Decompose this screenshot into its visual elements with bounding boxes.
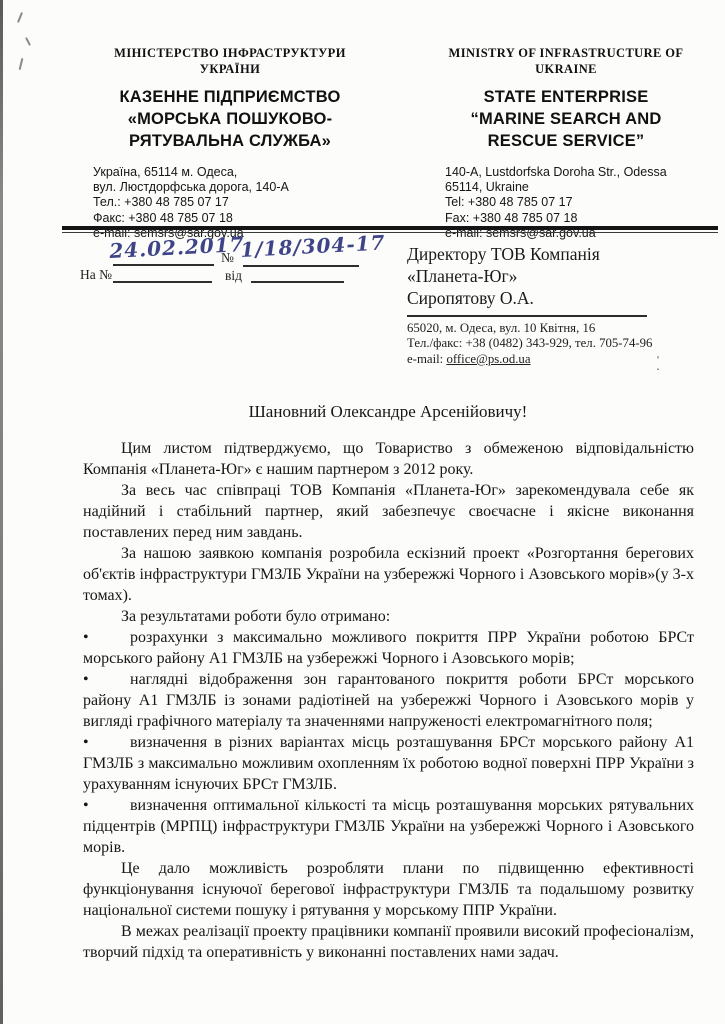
date-blank-line — [113, 264, 214, 266]
salutation: Шановний Олександре Арсенійовичу! — [83, 402, 693, 422]
body-paragraph-4: За результатами роботи було отримано: — [83, 606, 694, 627]
address-line: 140-A, Lustdorfska Doroha Str., Odessa — [445, 165, 712, 180]
enterprise-line: “MARINE SEARCH AND — [420, 108, 712, 130]
recipient-address-line: 65020, м. Одеса, вул. 10 Квітня, 16 — [407, 321, 669, 336]
recipient-block: Директору ТОВ Компанія «Планета-Юг» Сиро… — [407, 243, 669, 367]
body-paragraph-5: Це дало можливість розробляти плани по п… — [83, 858, 694, 921]
address-line: 65114, Ukraine — [445, 180, 712, 195]
bullet-text: визначення в різних варіантах місць розт… — [83, 734, 694, 793]
address-line: Україна, 65114 м. Одеса, — [93, 165, 394, 180]
letterhead-divider-rule — [62, 226, 718, 233]
recipient-address: 65020, м. Одеса, вул. 10 Квітня, 16 Тел.… — [407, 321, 669, 367]
fax-line: Fax: +380 48 785 07 18 — [445, 211, 712, 226]
bullet-item-3: •визначення в різних варіантах місць роз… — [83, 732, 694, 795]
letterhead-english: MINISTRY OF INFRASTRUCTURE OF UKRAINE ST… — [420, 46, 712, 241]
number-sign-label: № — [221, 250, 234, 266]
ministry-name-uk: МІНІСТЕРСТВО ІНФРАСТРУКТУРИ УКРАЇНИ — [66, 46, 394, 77]
bullet-item-4: •визначення оптимальної кількості та міс… — [83, 795, 694, 858]
from-date-blank-line — [251, 281, 344, 283]
recipient-title: Директору ТОВ Компанія — [407, 243, 669, 265]
enterprise-line: «МОРСЬКА ПОШУКОВО- — [66, 108, 394, 130]
bullet-item-1: •розрахунки з максимально можливого покр… — [83, 627, 694, 669]
phone-line: Тел.: +380 48 785 07 17 — [93, 195, 394, 210]
bullet-text: визначення оптимальної кількості та місц… — [83, 797, 694, 856]
recipient-company: «Планета-Юг» — [407, 265, 669, 287]
ministry-line: УКРАЇНИ — [66, 62, 394, 78]
scan-scratch — [19, 58, 24, 70]
scanned-letter-page: '. МІНІСТЕРСТВО ІНФРАСТРУКТУРИ УКРАЇНИ К… — [0, 0, 725, 1024]
enterprise-name-en: STATE ENTERPRISE “MARINE SEARCH AND RESC… — [420, 86, 712, 152]
body-paragraph-1: Цим листом підтверджуємо, що Товариство … — [83, 438, 694, 480]
scan-scratch — [25, 37, 31, 46]
letter-body: Цим листом підтверджуємо, що Товариство … — [83, 438, 694, 963]
bullet-marker: • — [83, 627, 130, 648]
body-paragraph-3: За нашою заявкою компанія розробила ескі… — [83, 543, 694, 606]
ministry-line: UKRAINE — [420, 62, 712, 78]
recipient-email-line: e-mail: office@ps.od.ua — [407, 352, 669, 367]
incoming-number-blank-line — [113, 281, 212, 283]
ministry-line: MINISTRY OF INFRASTRUCTURE OF — [420, 46, 712, 62]
scan-scratch — [17, 12, 23, 23]
recipient-person: Сиропятову О.А. — [407, 287, 669, 309]
enterprise-line: РЯТУВАЛЬНА СЛУЖБА» — [66, 130, 394, 152]
bullet-text: наглядні відображення зон гарантованого … — [83, 671, 694, 730]
enterprise-line: КАЗЕННЕ ПІДПРИЄМСТВО — [66, 86, 394, 108]
email-prefix: e-mail: — [407, 352, 446, 366]
scan-edge-artifact — [0, 0, 3, 1024]
reference-block: 24.02.2017 № 1/18/304-17 На № від — [80, 238, 380, 292]
body-paragraph-2: За весь час співпраці ТОВ Компанія «План… — [83, 480, 694, 543]
ministry-line: МІНІСТЕРСТВО ІНФРАСТРУКТУРИ — [66, 46, 394, 62]
bullet-marker: • — [83, 795, 130, 816]
phone-line: Tel: +380 48 785 07 17 — [445, 195, 712, 210]
bullet-text: розрахунки з максимально можливого покри… — [83, 629, 694, 667]
recipient-divider-rule — [407, 315, 647, 317]
incoming-number-label: На № — [80, 267, 112, 283]
enterprise-line: STATE ENTERPRISE — [420, 86, 712, 108]
enterprise-name-uk: КАЗЕННЕ ПІДПРИЄМСТВО «МОРСЬКА ПОШУКОВО- … — [66, 86, 394, 152]
ministry-name-en: MINISTRY OF INFRASTRUCTURE OF UKRAINE — [420, 46, 712, 77]
recipient-email-link: office@ps.od.ua — [446, 352, 530, 366]
bullet-marker: • — [83, 669, 130, 690]
bullet-item-2: •наглядні відображення зон гарантованого… — [83, 669, 694, 732]
recipient-phone-line: Тел./факс: +38 (0482) 343-929, тел. 705-… — [407, 336, 669, 351]
fax-line: Факс: +380 48 785 07 18 — [93, 211, 394, 226]
address-line: вул. Люстдорфська дорога, 140-А — [93, 180, 394, 195]
enterprise-line: RESCUE SERVICE” — [420, 130, 712, 152]
bullet-marker: • — [83, 732, 130, 753]
body-paragraph-6: В межах реалізації проекту працівники ко… — [83, 921, 694, 963]
from-date-label: від — [225, 268, 242, 284]
number-blank-line — [243, 265, 359, 267]
letterhead-ukrainian: МІНІСТЕРСТВО ІНФРАСТРУКТУРИ УКРАЇНИ КАЗЕ… — [66, 46, 394, 241]
